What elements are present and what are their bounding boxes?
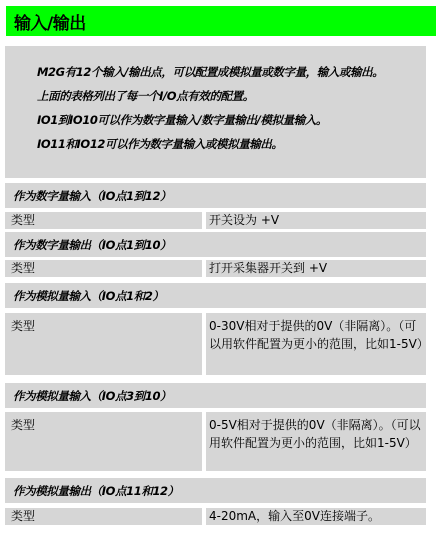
row-label: 类型	[5, 412, 202, 471]
intro-line: M2G有12个输入/输出点，可以配置成模拟量或数字量，输入或输出。	[37, 60, 426, 84]
intro-line: IO1到IO10可以作为数字量输入/数字量输出/模拟量输入。	[37, 108, 426, 132]
intro-line: IO11和IO12可以作为数字量输入或模拟量输出。	[37, 132, 426, 156]
row-label: 类型	[5, 260, 202, 277]
section-title: 作为模拟量输入（IO点1和2）	[13, 288, 164, 304]
intro-line: 上面的表格列出了每一个I/O点有效的配置。	[37, 84, 426, 108]
section-header-digital-input: 作为数字量输入（IO点1到12）	[5, 183, 426, 208]
section-title: 作为模拟量输入（IO点3到10）	[13, 388, 171, 404]
row-value: 0-5V相对于提供的0V（非隔离）。（可以用软件配置为更小的范围，比如1-5V）	[206, 412, 426, 471]
row-label: 类型	[5, 313, 202, 375]
row-value: 4-20mA，输入至0V连接端子。	[206, 508, 426, 525]
section-header-digital-output: 作为数字量输出（IO点1到10）	[5, 232, 426, 257]
io-document-page: 输入/输出 M2G有12个输入/输出点，可以配置成模拟量或数字量，输入或输出。 …	[0, 0, 436, 534]
section-title: 作为数字量输出（IO点1到10）	[13, 237, 171, 253]
row-value: 开关设为 +V	[206, 212, 426, 229]
section-title: 作为模拟量输出（IO点11和12）	[13, 483, 179, 499]
row-label: 类型	[5, 508, 202, 525]
section-header-analog-input-3-10: 作为模拟量输入（IO点3到10）	[5, 383, 426, 408]
section-header-analog-output: 作为模拟量输出（IO点11和12）	[5, 478, 426, 503]
row-value: 打开采集器开关到 +V	[206, 260, 426, 277]
row-label: 类型	[5, 212, 202, 229]
page-title: 输入/输出	[14, 9, 86, 34]
page-title-bar: 输入/输出	[6, 6, 436, 36]
section-title: 作为数字量输入（IO点1到12）	[13, 188, 171, 204]
row-value: 0-30V相对于提供的0V（非隔离）。（可以用软件配置为更小的范围，比如1-5V…	[206, 313, 426, 375]
intro-panel: M2G有12个输入/输出点，可以配置成模拟量或数字量，输入或输出。 上面的表格列…	[5, 46, 426, 178]
section-header-analog-input-1-2: 作为模拟量输入（IO点1和2）	[5, 283, 426, 308]
